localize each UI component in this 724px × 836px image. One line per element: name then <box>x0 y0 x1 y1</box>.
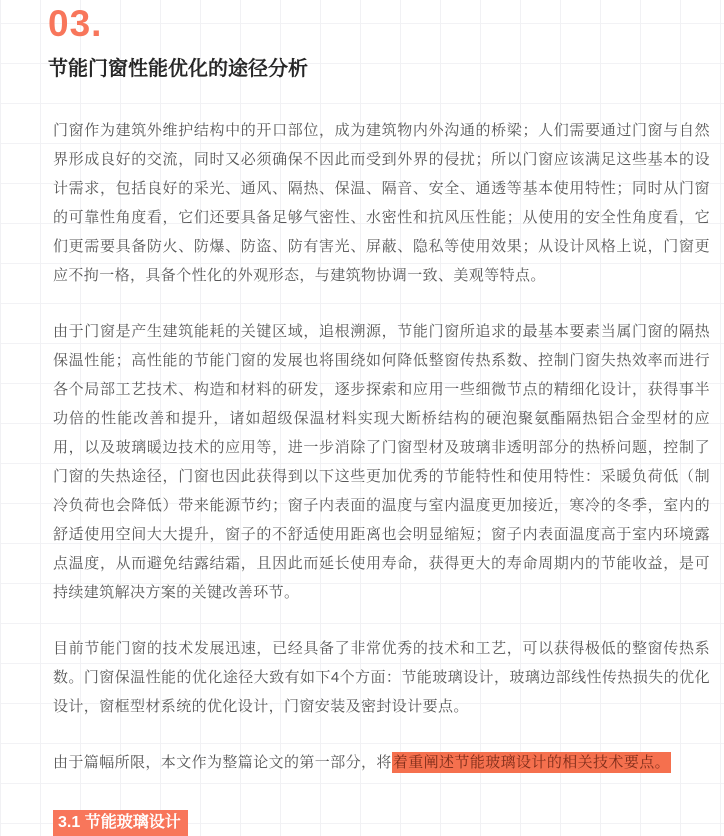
closing-prefix-text: 由于篇幅所限，本文作为整篇论文的第一部分，将 <box>53 754 392 771</box>
section-title: 节能门窗性能优化的途径分析 <box>48 56 724 82</box>
closing-highlighted-text: 着重阐述节能玻璃设计的相关技术要点。 <box>392 752 671 773</box>
paragraph-window-functions: 门窗作为建筑外维护结构中的开口部位，成为建筑物内外沟通的桥梁；人们需要通过门窗与… <box>53 116 710 290</box>
paragraph-closing: 由于篇幅所限，本文作为整篇论文的第一部分，将着重阐述节能玻璃设计的相关技术要点。 <box>53 748 710 777</box>
subsection-heading-chip: 3.1 节能玻璃设计 <box>53 810 188 836</box>
paragraph-thermal-insulation: 由于门窗是产生建筑能耗的关键区域，追根溯源，节能门窗所追求的最基本要素当属门窗的… <box>53 317 710 607</box>
subsection-heading: 3.1 节能玻璃设计 <box>53 810 724 836</box>
section-number: 03. <box>48 4 724 44</box>
article-body: 门窗作为建筑外维护结构中的开口部位，成为建筑物内外沟通的桥梁；人们需要通过门窗与… <box>53 116 710 777</box>
article-page: 03. 节能门窗性能优化的途径分析 门窗作为建筑外维护结构中的开口部位，成为建筑… <box>0 0 724 836</box>
paragraph-optimization-paths: 目前节能门窗的技术发展迅速，已经具备了非常优秀的技术和工艺，可以获得极低的整窗传… <box>53 634 710 721</box>
